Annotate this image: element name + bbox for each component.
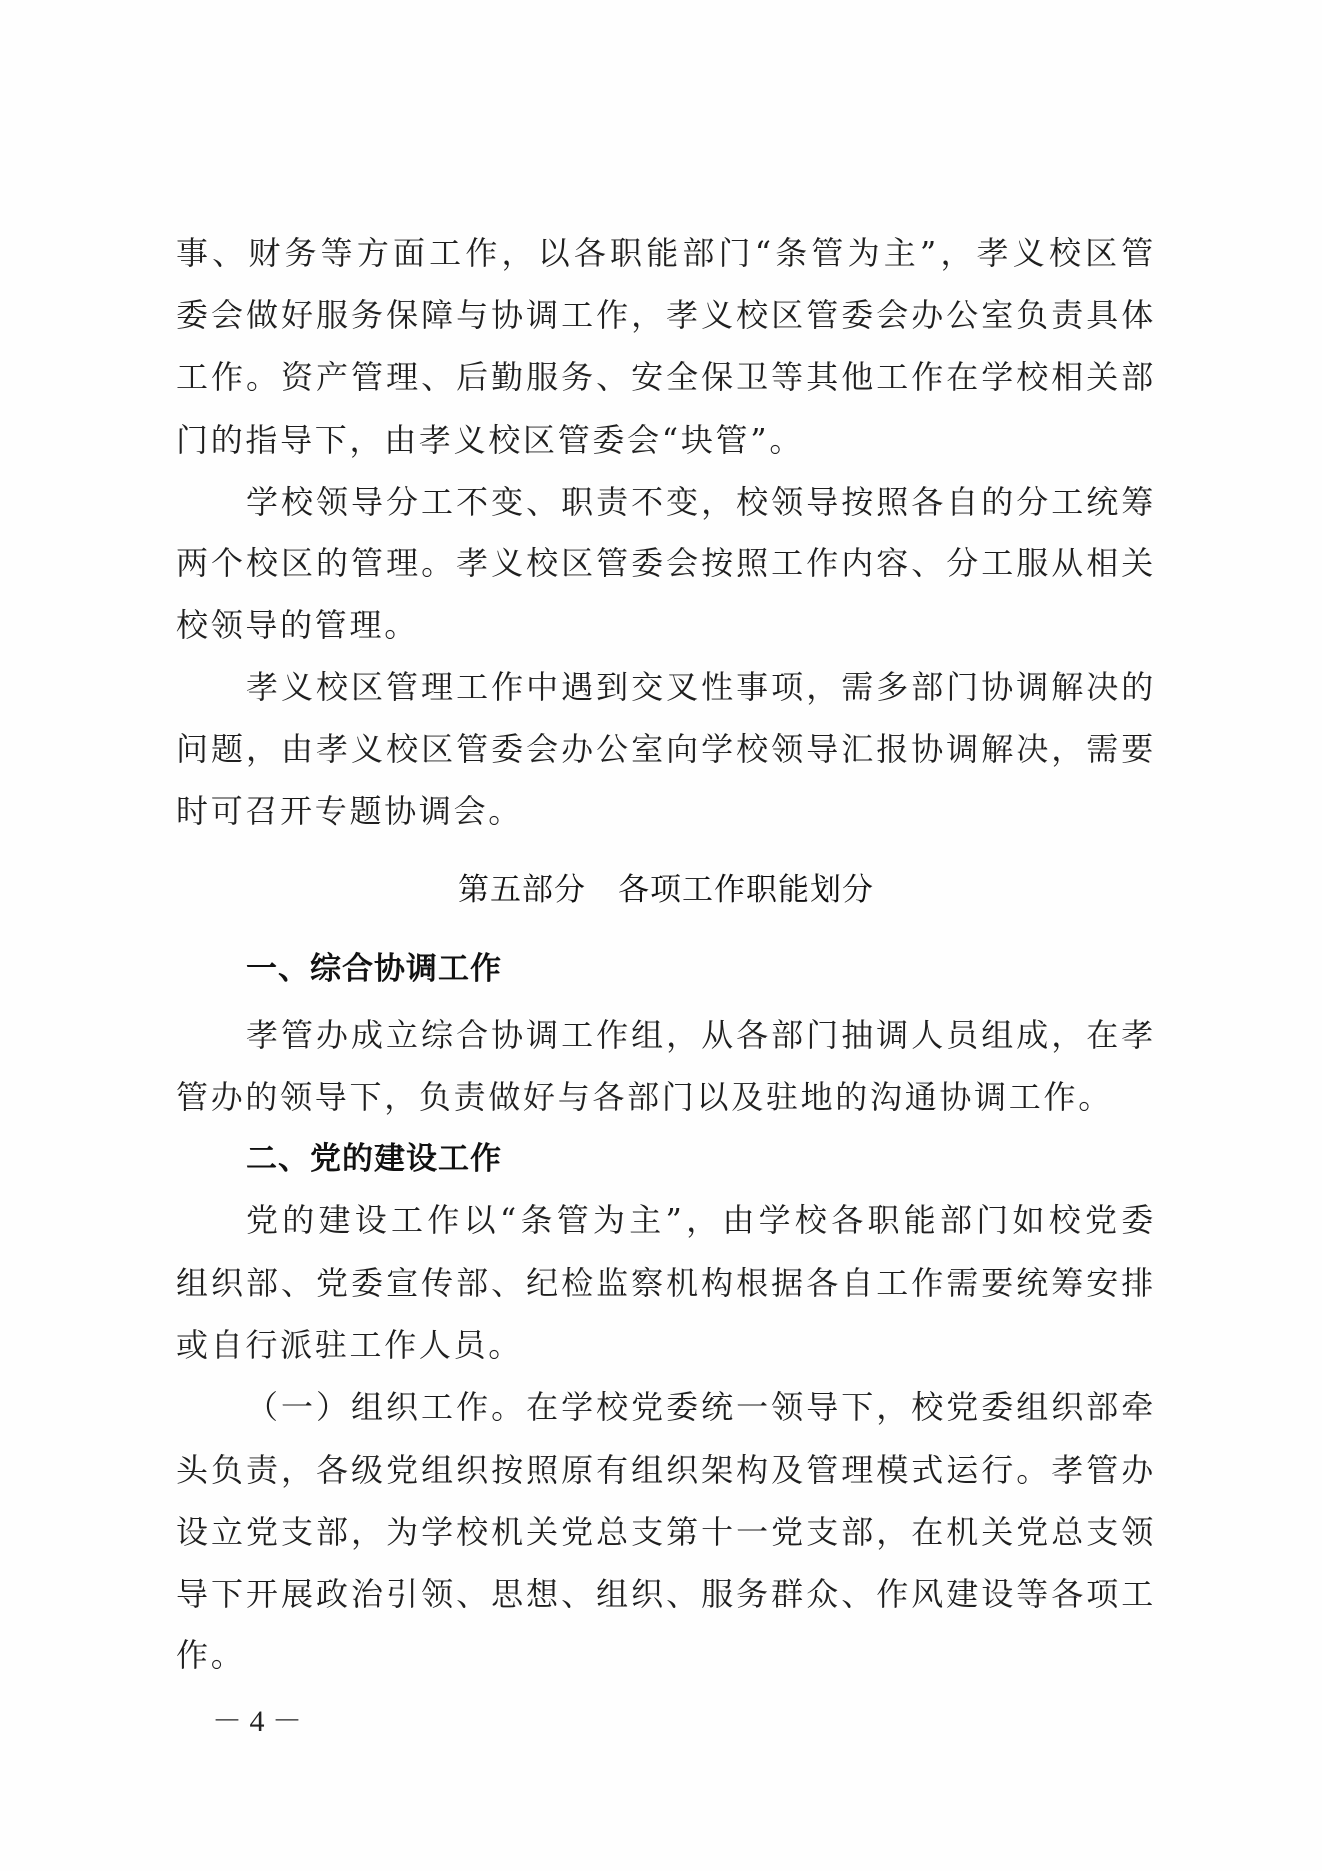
paragraph-line: 孝义校区管理工作中遇到交叉性事项，需多部门协调解决的 <box>246 665 1156 709</box>
paragraph-line: 导下开展政治引领、思想、组织、服务群众、作风建设等各项工 <box>176 1572 1156 1616</box>
paragraph-line: 头负责，各级党组织按照原有组织架构及管理模式运行。孝管办 <box>176 1448 1156 1492</box>
subsection-heading: 一、综合协调工作 <box>246 947 502 991</box>
paragraph-line: 孝管办成立综合协调工作组，从各部门抽调人员组成，在孝 <box>246 1013 1156 1057</box>
paragraph-line: 管办的领导下，负责做好与各部门以及驻地的沟通协调工作。 <box>176 1075 1156 1119</box>
paragraph-line: 或自行派驻工作人员。 <box>176 1323 1156 1367</box>
document-page: 事、财务等方面工作，以各职能部门“条管为主”，孝义校区管 委会做好服务保障与协调… <box>0 0 1322 1871</box>
page-number: － 4 － <box>212 1700 302 1744</box>
paragraph-line: 两个校区的管理。孝义校区管委会按照工作内容、分工服从相关 <box>176 541 1156 585</box>
section-title: 第五部分 各项工作职能划分 <box>176 868 1156 912</box>
paragraph-line: 学校领导分工不变、职责不变，校领导按照各自的分工统筹 <box>246 480 1156 524</box>
paragraph-line: 组织部、党委宣传部、纪检监察机构根据各自工作需要统筹安排 <box>176 1261 1156 1305</box>
paragraph-line: 时可召开专题协调会。 <box>176 789 1156 833</box>
paragraph-line: 作。 <box>176 1633 1156 1677</box>
paragraph-line: 问题，由孝义校区管委会办公室向学校领导汇报协调解决，需要 <box>176 727 1156 771</box>
paragraph-line: （一）组织工作。在学校党委统一领导下，校党委组织部牵 <box>246 1385 1156 1429</box>
paragraph-line: 事、财务等方面工作，以各职能部门“条管为主”，孝义校区管 <box>176 231 1156 275</box>
paragraph-line: 设立党支部，为学校机关党总支第十一党支部，在机关党总支领 <box>176 1510 1156 1554</box>
paragraph-line: 门的指导下，由孝义校区管委会“块管”。 <box>176 418 1156 462</box>
paragraph-line: 党的建设工作以“条管为主”，由学校各职能部门如校党委 <box>246 1198 1156 1242</box>
subsection-heading: 二、党的建设工作 <box>246 1137 502 1181</box>
paragraph-line: 委会做好服务保障与协调工作，孝义校区管委会办公室负责具体 <box>176 293 1156 337</box>
paragraph-line: 校领导的管理。 <box>176 603 1156 647</box>
paragraph-line: 工作。资产管理、后勤服务、安全保卫等其他工作在学校相关部 <box>176 355 1156 399</box>
